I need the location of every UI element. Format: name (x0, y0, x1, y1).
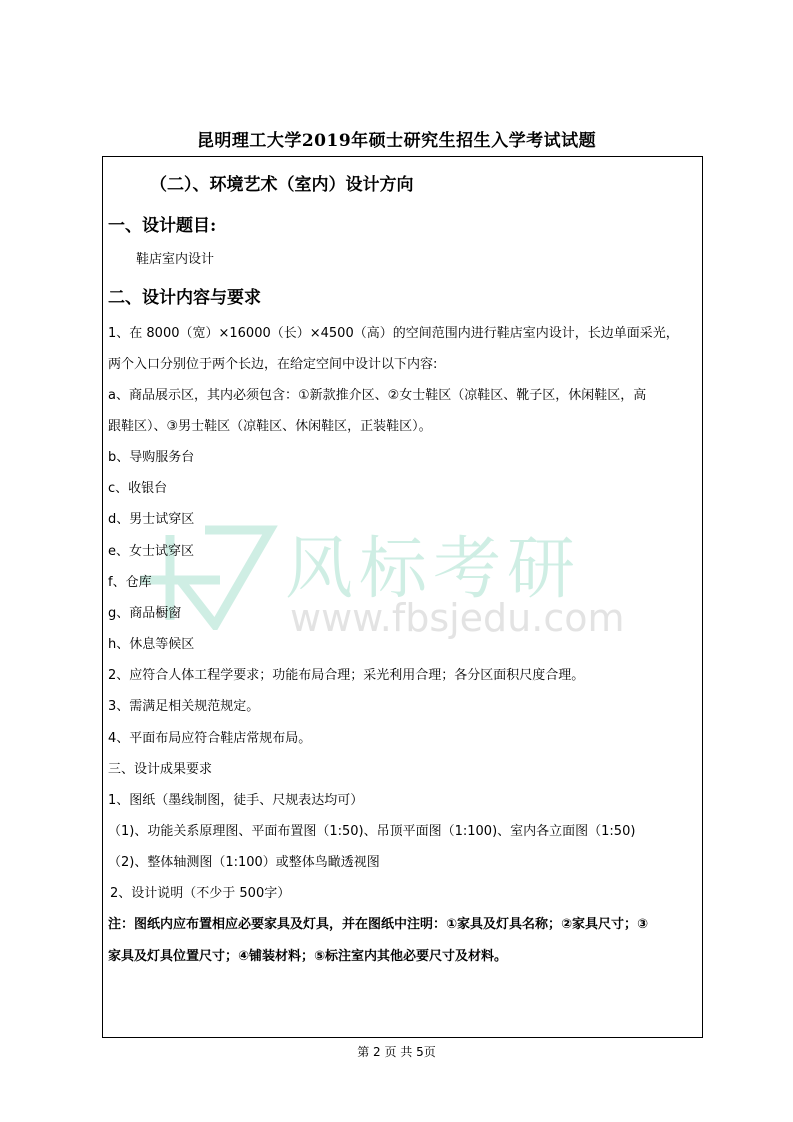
section1-body: 鞋店室内设计 (136, 248, 214, 267)
list-item: c、收银台 (108, 477, 167, 496)
req3: 3、需满足相关规范规定。 (108, 695, 259, 714)
output1-a: （1)、功能关系原理图、平面布置图（1:50)、吊顶平面图（1:100)、室内各… (108, 820, 635, 839)
req4: 4、平面布局应符合鞋店常规布局。 (108, 727, 311, 746)
list-item: d、男士试穿区 (108, 508, 194, 527)
list-item: g、商品橱窗 (108, 602, 181, 621)
page-number: 第 2 页 共 5页 (0, 1043, 793, 1060)
section1-heading: 一、设计题目: (108, 211, 216, 236)
direction-heading: （二）、环境艺术（室内）设计方向 (150, 170, 414, 195)
item-a-line1: a、商品展示区，其内必须包含：①新款推介区、②女士鞋区（凉鞋区、靴子区，休闲鞋区… (108, 384, 646, 403)
req1-line1: 1、在 8000（宽）×16000（长）×4500（高）的空间范围内进行鞋店室内… (108, 322, 679, 341)
output1-b: （2)、整体轴测图（1:100）或整体鸟瞰透视图 (108, 851, 380, 870)
list-item: f、仓库 (108, 571, 152, 590)
section2-heading: 二、设计内容与要求 (108, 283, 261, 308)
list-item: e、女士试穿区 (108, 540, 194, 559)
item-a-line2: 跟鞋区）、③男士鞋区（凉鞋区、休闲鞋区，正装鞋区）。 (108, 415, 432, 434)
list-item: b、导购服务台 (108, 446, 194, 465)
note-line1: 注：图纸内应布置相应必要家具及灯具，并在图纸中注明：①家具及灯具名称；②家具尺寸… (108, 913, 648, 932)
page-title: 昆明理工大学2019年硕士研究生招生入学考试试题 (0, 126, 793, 151)
output1: 1、图纸（墨线制图，徒手、尺规表达均可） (108, 789, 363, 808)
req1-line2: 两个入口分别位于两个长边，在给定空间中设计以下内容: (108, 353, 437, 372)
output2: 2、设计说明（不少于 500字） (110, 882, 290, 901)
note-line2: 家具及灯具位置尺寸；④铺装材料；⑤标注室内其他必要尺寸及材料。 (108, 945, 507, 964)
req2: 2、应符合人体工程学要求；功能布局合理；采光利用合理；各分区面积尺度合理。 (108, 664, 584, 683)
list-item: h、休息等候区 (108, 633, 194, 652)
section3-heading: 三、设计成果要求 (108, 758, 212, 777)
